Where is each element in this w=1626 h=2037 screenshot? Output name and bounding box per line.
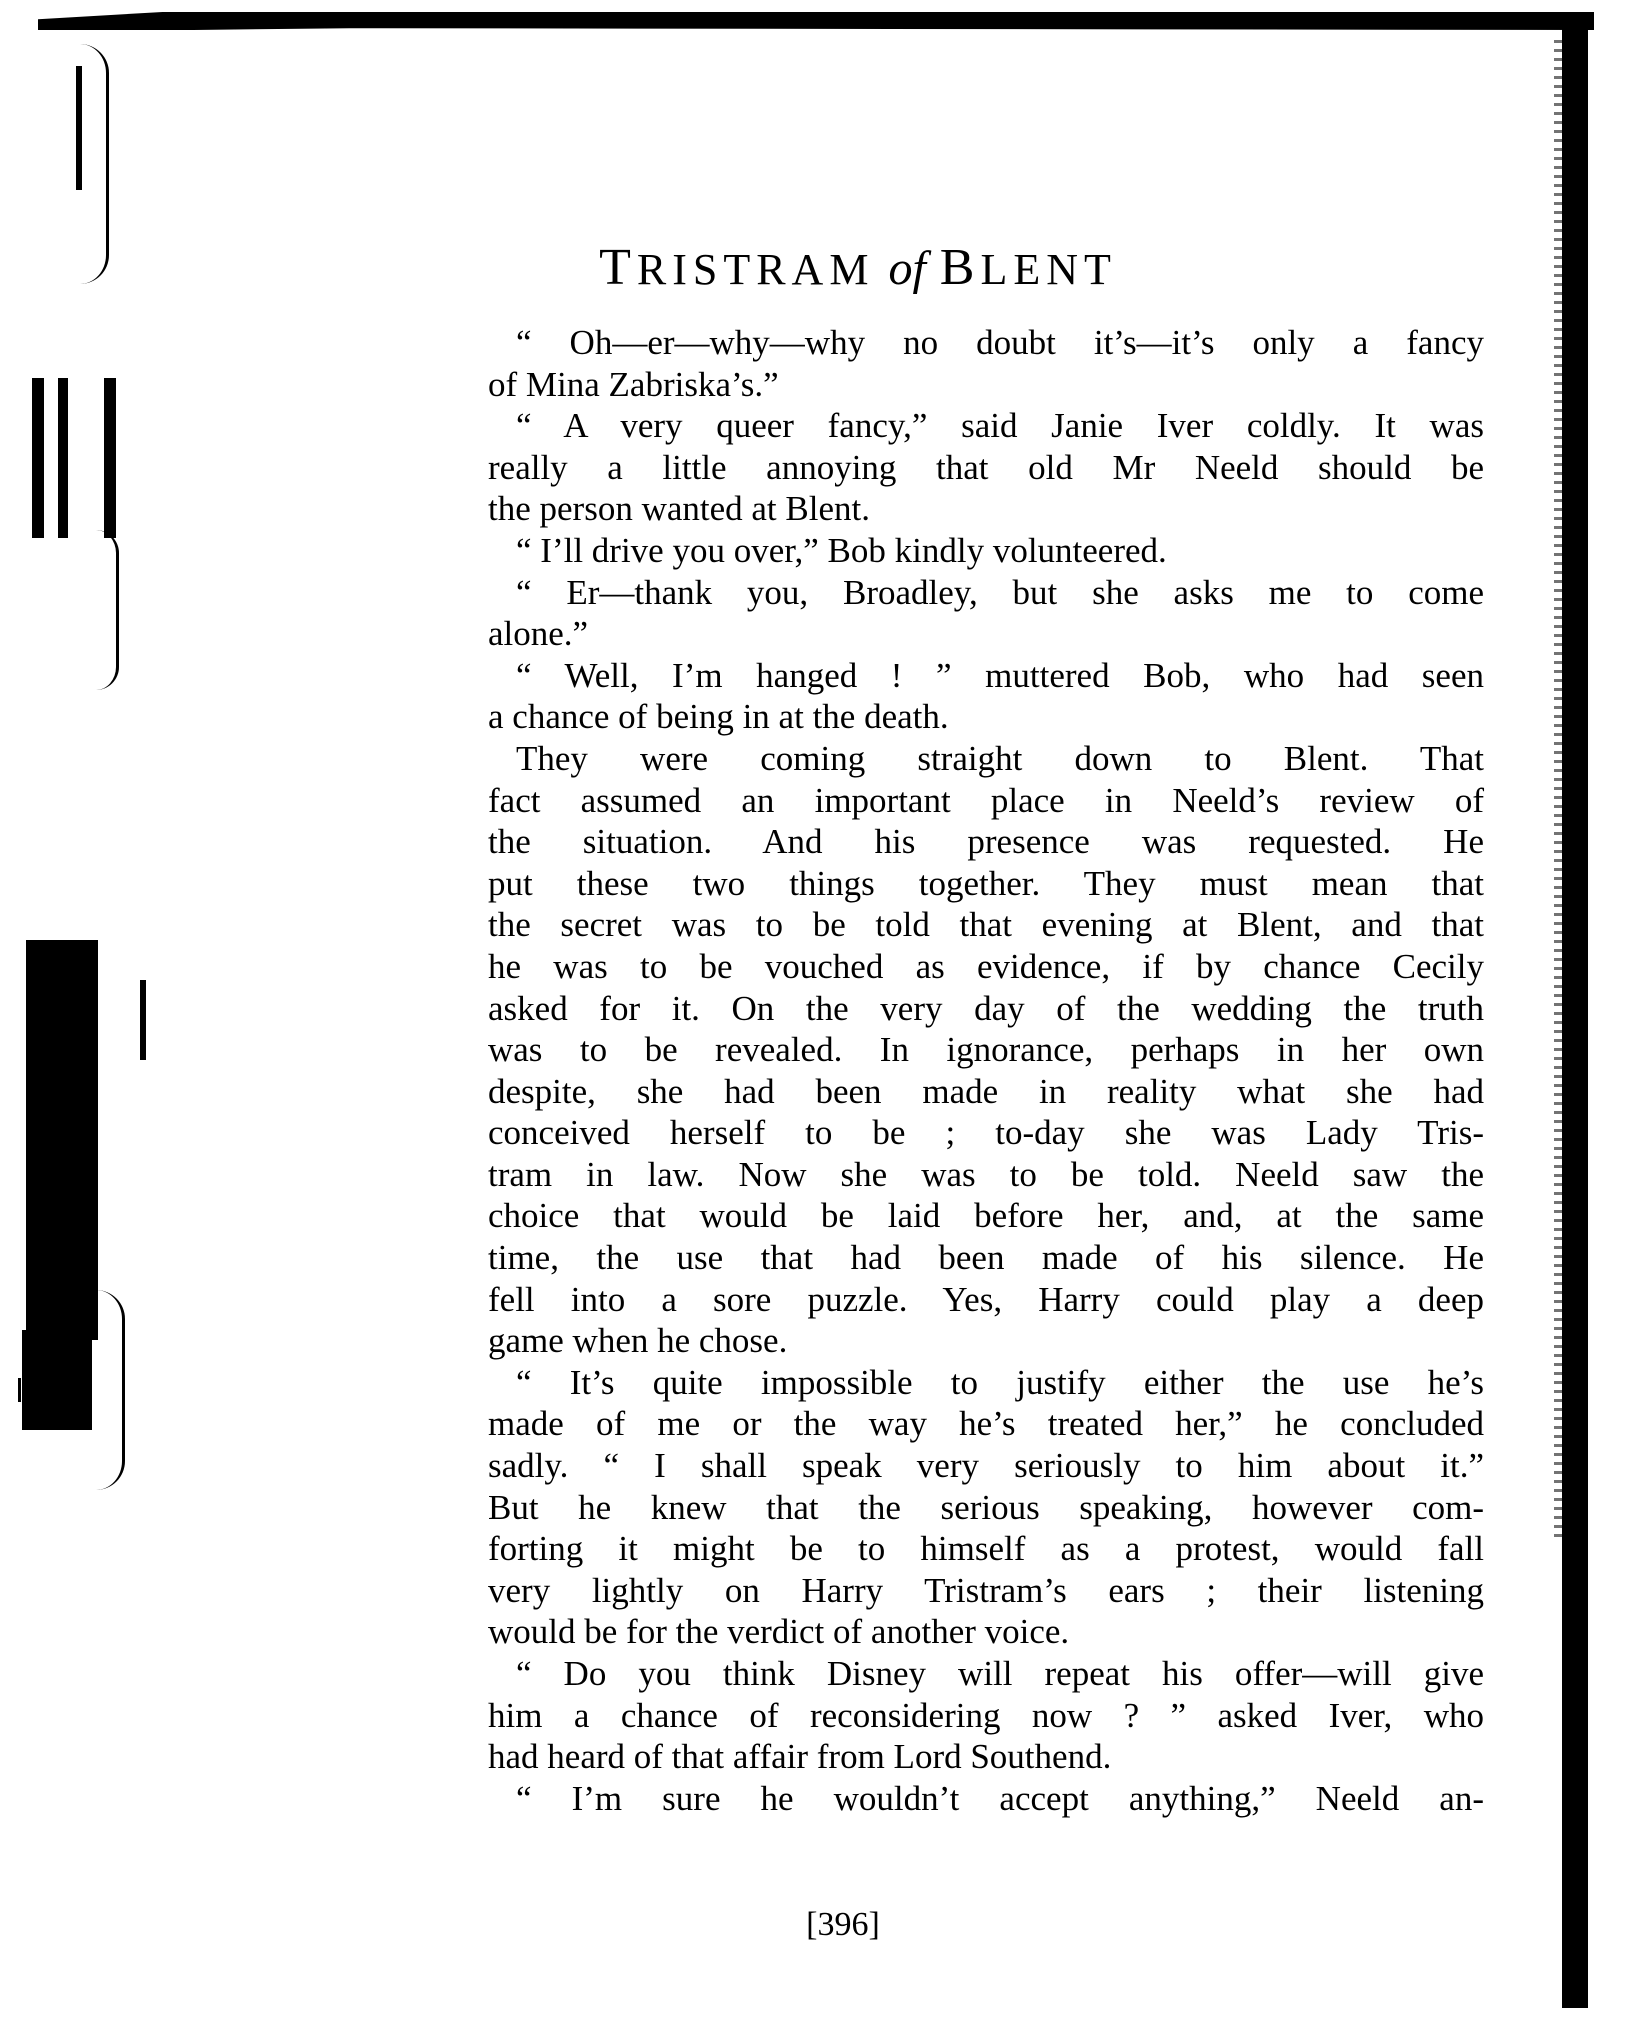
- scan-mark-left-block-2: [22, 1330, 92, 1430]
- page-number: [396]: [0, 1906, 1626, 1944]
- text-line: “ Oh—er—why—why no doubt it’s—it’s only …: [488, 322, 1484, 364]
- title-cap-t: T: [599, 239, 637, 296]
- text-line: tram in law. Now she was to be told. Nee…: [488, 1154, 1484, 1196]
- scan-mark-left-2: [32, 378, 44, 538]
- scan-mark-left-5: [140, 980, 146, 1060]
- scan-mark-left-6: [18, 1378, 21, 1402]
- text-line: But he knew that the serious speaking, h…: [488, 1487, 1484, 1529]
- text-line: game when he chose.: [488, 1320, 1484, 1362]
- text-line: “ Well, I’m hanged ! ” muttered Bob, who…: [488, 655, 1484, 697]
- title-word-blent: LENT: [980, 245, 1116, 294]
- text-line: very lightly on Harry Tristram’s ears ; …: [488, 1570, 1484, 1612]
- title-cap-b: B: [940, 239, 981, 296]
- text-line: the situation. And his presence was requ…: [488, 821, 1484, 863]
- text-line: conceived herself to be ; to-day she was…: [488, 1112, 1484, 1154]
- text-line: “ I’m sure he wouldn’t accept anything,”…: [488, 1778, 1484, 1820]
- text-line: They were coming straight down to Blent.…: [488, 738, 1484, 780]
- scan-mark-left-curve-2: [96, 530, 119, 690]
- text-line: the person wanted at Blent.: [488, 488, 1484, 530]
- scan-edge-top: [38, 12, 1594, 30]
- text-line: had heard of that affair from Lord South…: [488, 1736, 1484, 1778]
- scan-mark-left-4: [104, 378, 116, 538]
- text-line: forting it might be to himself as a prot…: [488, 1528, 1484, 1570]
- text-line: would be for the verdict of another voic…: [488, 1611, 1484, 1653]
- text-line: fell into a sore puzzle. Yes, Harry coul…: [488, 1279, 1484, 1321]
- text-line: sadly. “ I shall speak very seriously to…: [488, 1445, 1484, 1487]
- text-line: of Mina Zabriska’s.”: [488, 364, 1484, 406]
- text-line: “ A very queer fancy,” said Janie Iver c…: [488, 405, 1484, 447]
- text-line: a chance of being in at the death.: [488, 696, 1484, 738]
- scan-mark-left-3: [58, 378, 68, 538]
- text-line: made of me or the way he’s treated her,”…: [488, 1403, 1484, 1445]
- text-line: put these two things together. They must…: [488, 863, 1484, 905]
- text-line: asked for it. On the very day of the wed…: [488, 988, 1484, 1030]
- text-line: he was to be vouched as evidence, if by …: [488, 946, 1484, 988]
- running-head-title: TRISTRAMofBLENT: [0, 238, 1626, 297]
- text-line: fact assumed an important place in Neeld…: [488, 780, 1484, 822]
- text-line: “ It’s quite impossible to justify eithe…: [488, 1362, 1484, 1404]
- text-line: the secret was to be told that evening a…: [488, 904, 1484, 946]
- text-line: alone.”: [488, 613, 1484, 655]
- scan-mark-left-curve-3: [96, 1290, 125, 1490]
- text-line: despite, she had been made in reality wh…: [488, 1071, 1484, 1113]
- text-line: “ Do you think Disney will repeat his of…: [488, 1653, 1484, 1695]
- text-line: him a chance of reconsidering now ? ” as…: [488, 1695, 1484, 1737]
- text-line: was to be revealed. In ignorance, perhap…: [488, 1029, 1484, 1071]
- text-line: “ Er—thank you, Broadley, but she asks m…: [488, 572, 1484, 614]
- text-line: choice that would be laid before her, an…: [488, 1195, 1484, 1237]
- text-line: “ I’ll drive you over,” Bob kindly volun…: [488, 530, 1484, 572]
- scan-mark-left-block: [26, 940, 98, 1340]
- page-body-text: “ Oh—er—why—why no doubt it’s—it’s only …: [488, 322, 1484, 1819]
- text-line: time, the use that had been made of his …: [488, 1237, 1484, 1279]
- scan-mark-left-7: [42, 1378, 45, 1398]
- text-line: really a little annoying that old Mr Nee…: [488, 447, 1484, 489]
- title-word-tristram: RISTRAM: [637, 245, 875, 294]
- scan-edge-right: [1562, 28, 1588, 2008]
- title-word-of: of: [888, 242, 925, 295]
